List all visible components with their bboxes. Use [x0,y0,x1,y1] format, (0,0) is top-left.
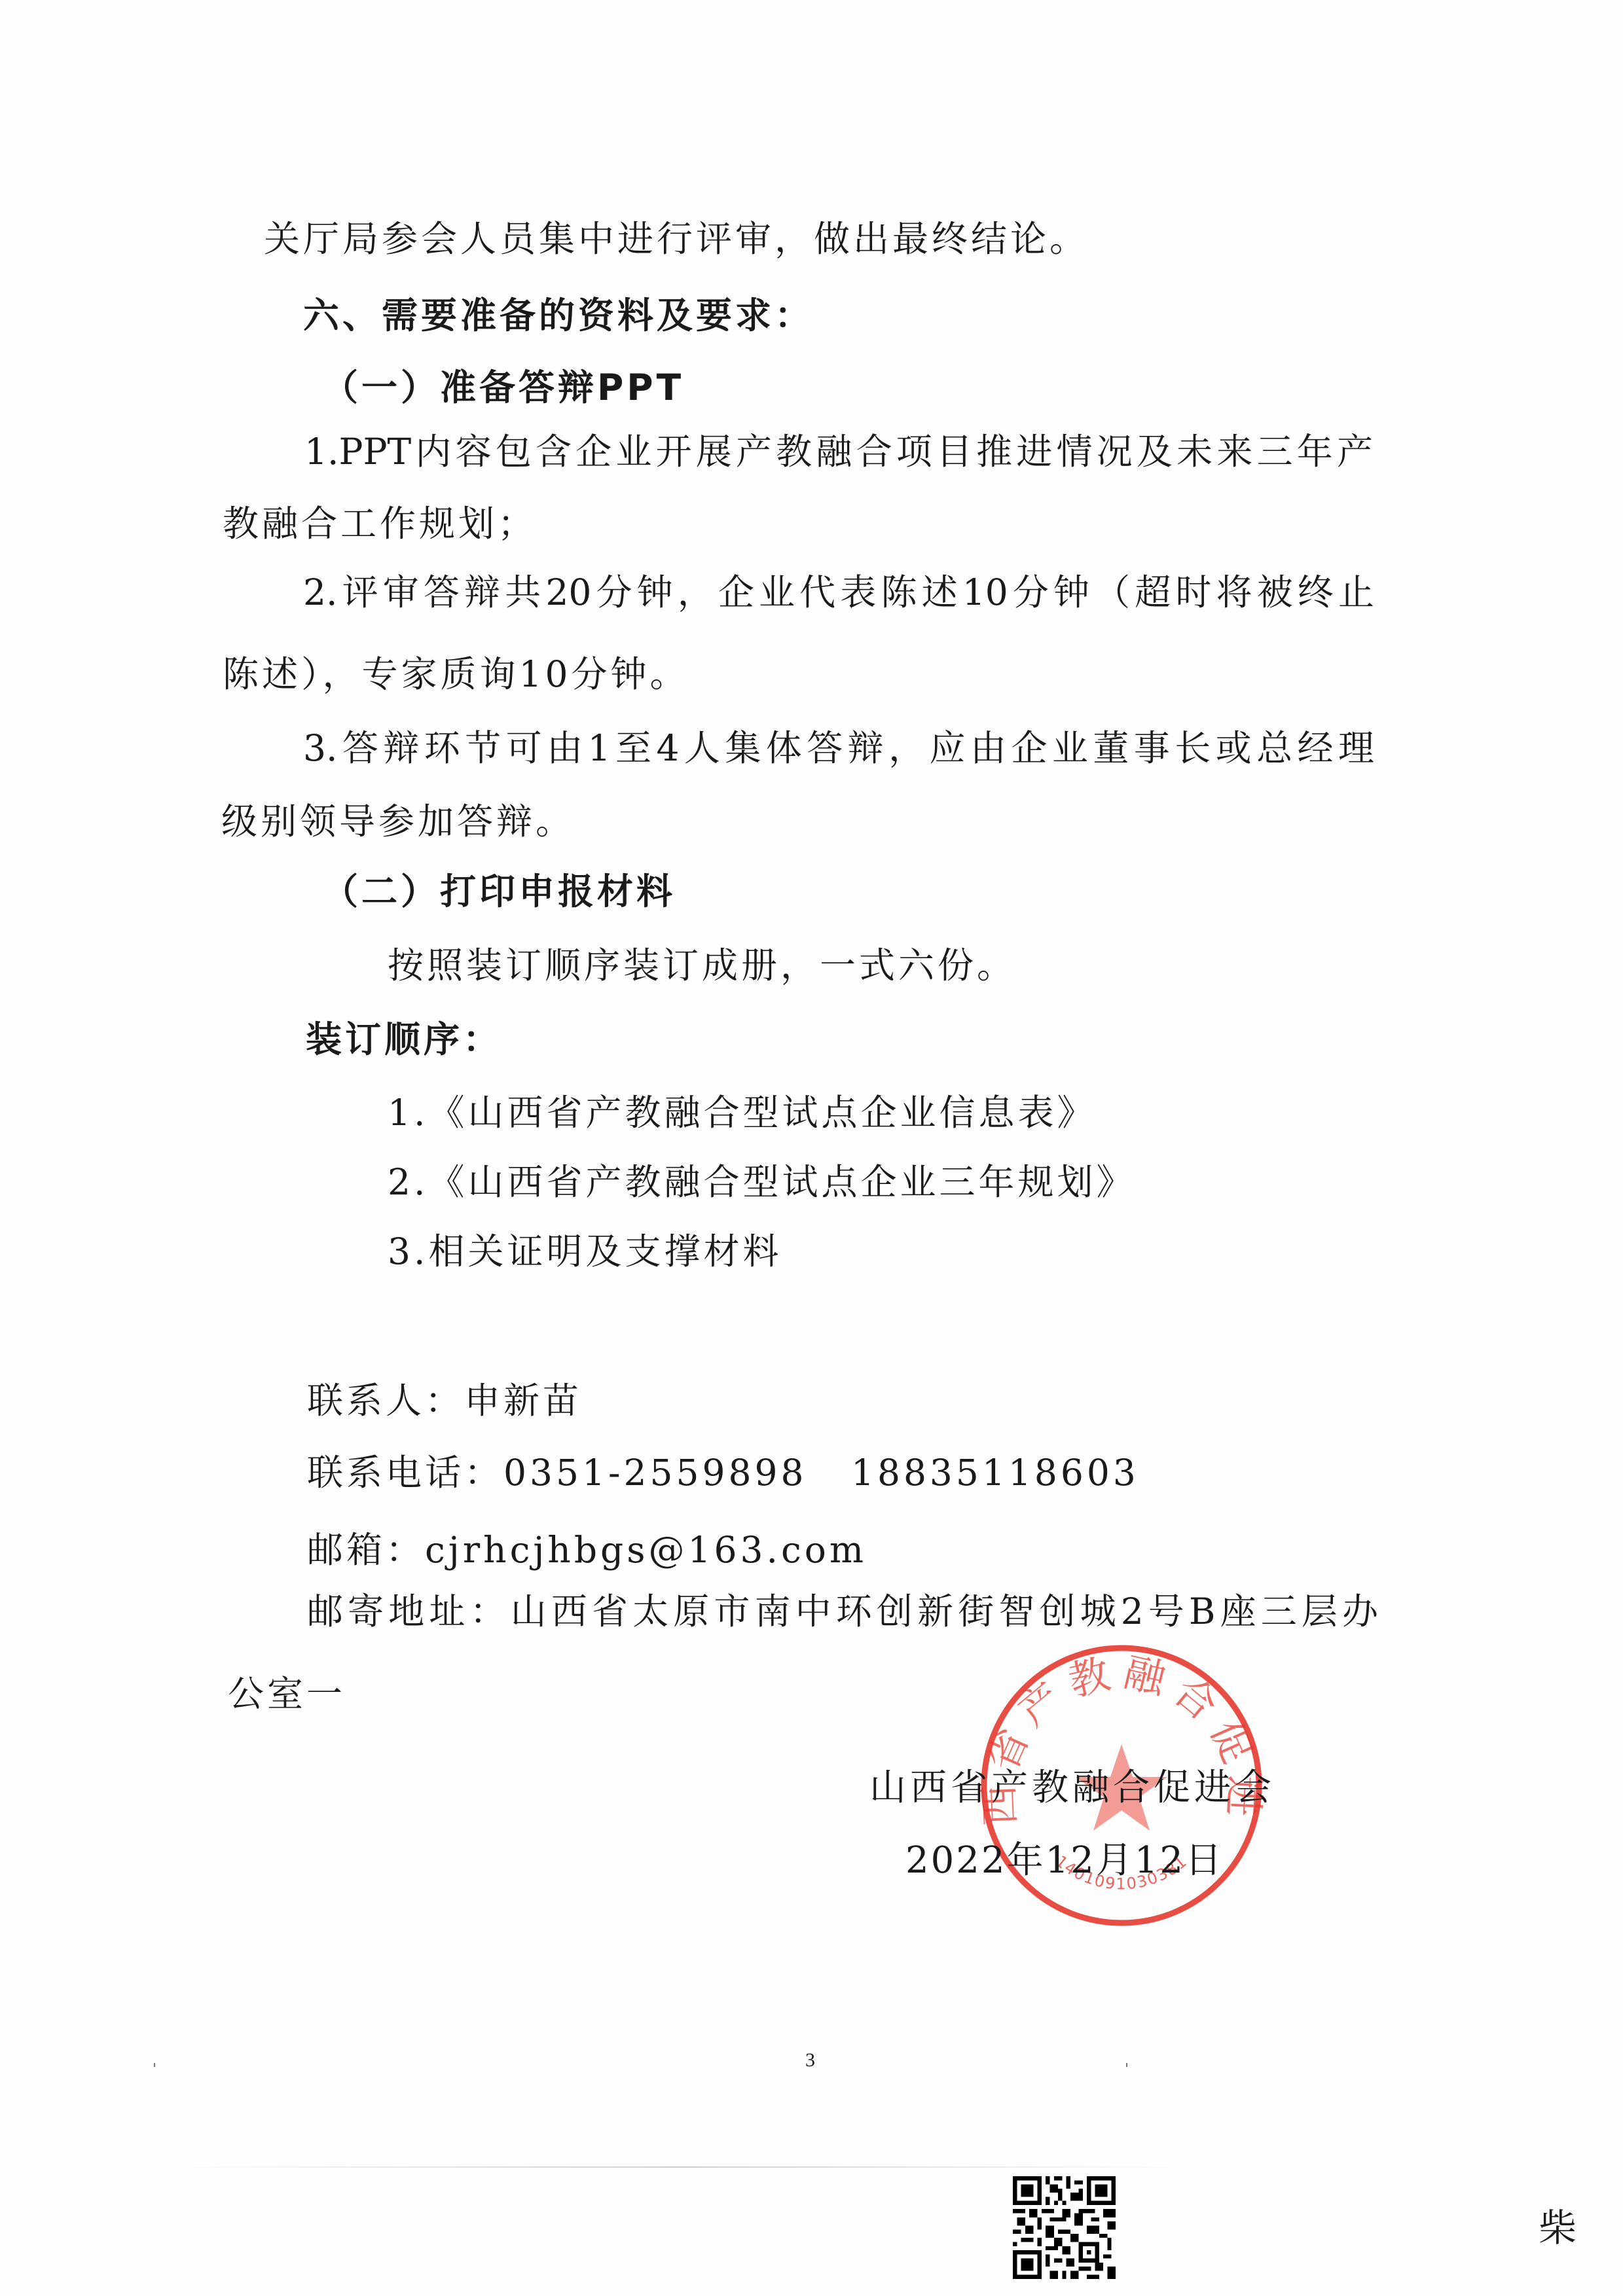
binding-order-item: 3.相关证明及支撑材料 [388,1229,782,1274]
body-line-ppt-content: 1.PPT内容包含企业开展产教融合项目推进情况及未来三年产 [304,429,1373,475]
contact-email: 邮箱：cjrhcjhbgs@163.com [307,1527,867,1573]
contact-phone: 联系电话：0351-2559898 18835118603 [307,1450,1139,1496]
signature-date: 2022年12月12日 [905,1838,1224,1884]
body-line-defense-people-cont: 级别领导参加答辩。 [221,798,575,844]
contact-person: 联系人：申新苗 [307,1378,582,1424]
body-line-binding-copies: 按照装订顺序装订成册，一式六份。 [388,942,1016,988]
subheading-print-materials: （二）打印申报材料 [322,869,676,914]
scan-speck [154,2063,155,2067]
qr-code-icon [1013,2176,1116,2279]
body-line-ppt-content-cont: 教融合工作规划； [223,501,537,547]
subheading-binding-order: 装订顺序： [306,1016,502,1062]
scan-line [157,2166,1205,2168]
document-page: 关厅局参会人员集中进行评审，做出最终结论。 六、需要准备的资料及要求： （一）准… [0,0,1623,2296]
corner-page-mark: 柴 [1539,2208,1577,2248]
page-number: 3 [805,2049,815,2072]
binding-order-item: 2.《山西省产教融合型试点企业三年规划》 [388,1159,1135,1205]
body-line-continuation: 关厅局参会人员集中进行评审，做出最终结论。 [264,216,1089,262]
body-line-review-time-cont: 陈述），专家质询10分钟。 [223,651,689,697]
contact-address: 邮寄地址：山西省太原市南中环创新街智创城2号B座三层办 [307,1588,1378,1634]
body-line-review-time: 2.评审答辩共20分钟，企业代表陈述10分钟（超时将被终止 [303,569,1374,615]
section-heading-materials: 六、需要准备的资料及要求： [303,293,814,338]
body-line-defense-people: 3.答辩环节可由1至4人集体答辩，应由企业董事长或总经理 [303,725,1374,771]
contact-address-cont: 公室一 [228,1671,346,1717]
signature-organization: 山西省产教融合促进会 [869,1765,1275,1811]
subheading-prepare-ppt: （一）准备答辩PPT [322,365,684,410]
binding-order-item: 1.《山西省产教融合型试点企业信息表》 [388,1090,1096,1136]
scan-speck [1126,2063,1127,2067]
